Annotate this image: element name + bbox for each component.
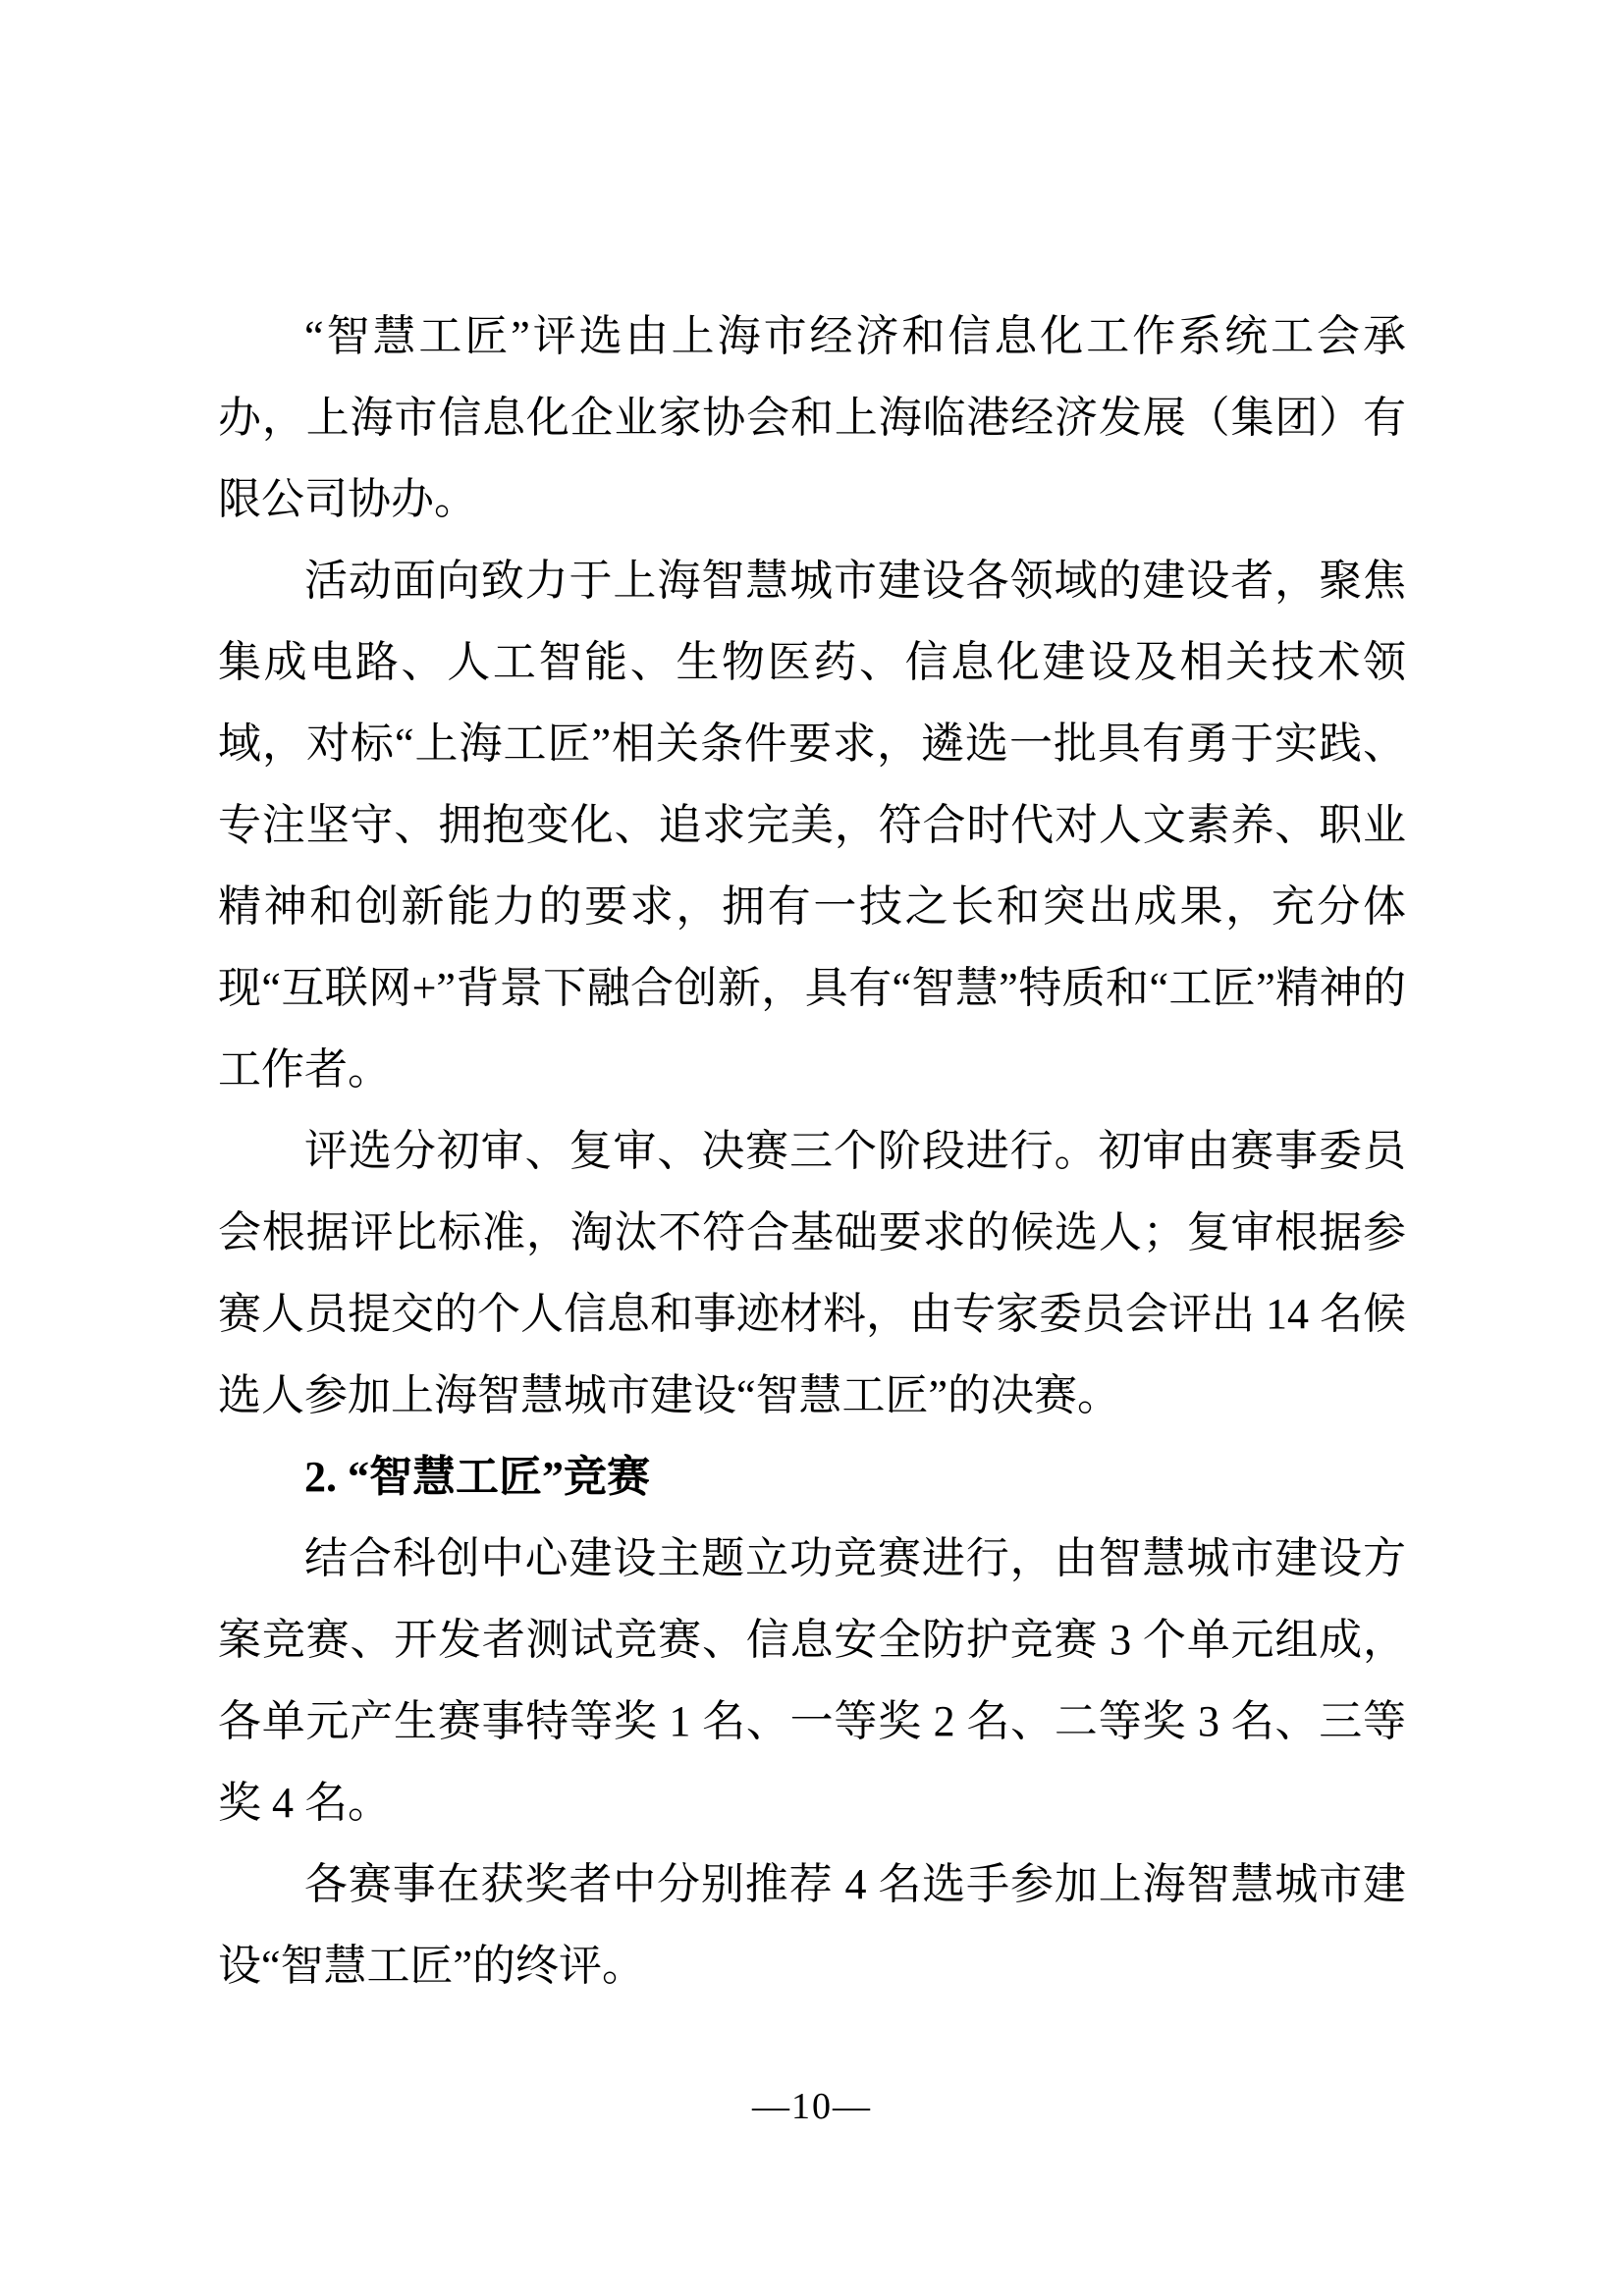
body-paragraph: 各赛事在获奖者中分别推荐 4 名选手参加上海智慧城市建设“智慧工匠”的终评。 xyxy=(218,1843,1406,2006)
body-paragraph: 评选分初审、复审、决赛三个阶段进行。初审由赛事委员会根据评比标准，淘汰不符合基础… xyxy=(218,1110,1406,1436)
document-page: “智慧工匠”评选由上海市经济和信息化工作系统工会承办，上海市信息化企业家协会和上… xyxy=(0,0,1624,2296)
section-heading: 2. “智慧工匠”竞赛 xyxy=(218,1436,1406,1518)
body-paragraph: 结合科创中心建设主题立功竞赛进行，由智慧城市建设方案竞赛、开发者测试竞赛、信息安… xyxy=(218,1518,1406,1843)
document-body: “智慧工匠”评选由上海市经济和信息化工作系统工会承办，上海市信息化企业家协会和上… xyxy=(218,295,1406,2006)
body-paragraph: “智慧工匠”评选由上海市经济和信息化工作系统工会承办，上海市信息化企业家协会和上… xyxy=(218,295,1406,540)
page-footer: —10— xyxy=(0,2083,1624,2130)
body-paragraph: 活动面向致力于上海智慧城市建设各领域的建设者，聚焦集成电路、人工智能、生物医药、… xyxy=(218,540,1406,1110)
page-number: —10— xyxy=(752,2086,872,2127)
